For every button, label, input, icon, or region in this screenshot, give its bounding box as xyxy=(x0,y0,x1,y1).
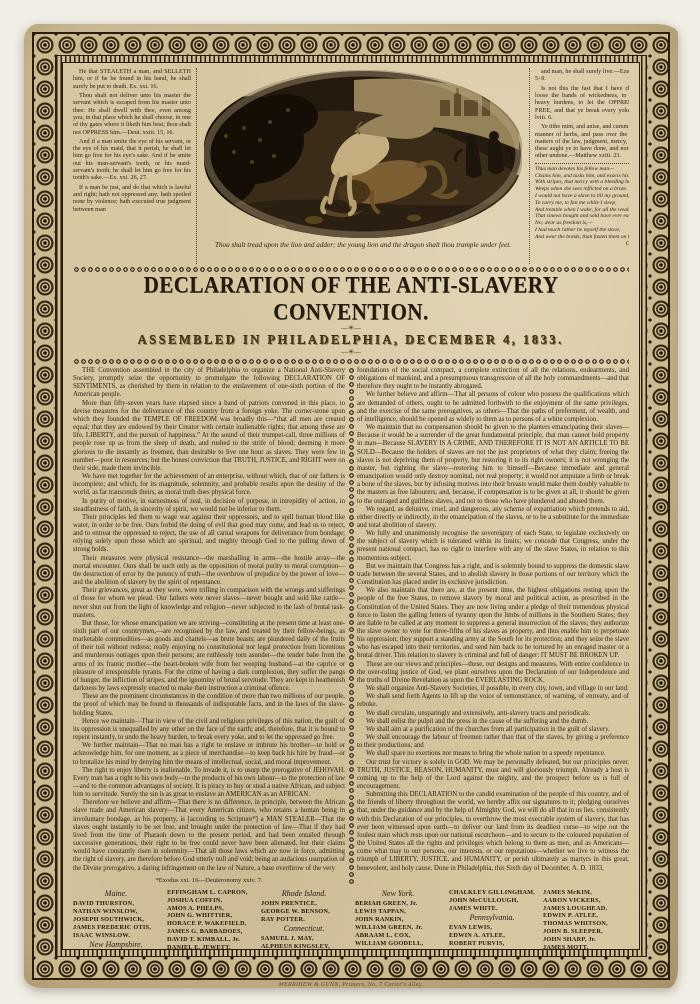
body-paragraph: We further believe and affirm—That all p… xyxy=(357,391,629,424)
signer-name: JAMES FREDERIC OTIS, xyxy=(73,924,159,932)
poem-line: I had much rather be myself the slave, xyxy=(535,227,629,234)
body-column-left: THE Convention assembled in the city of … xyxy=(73,367,345,884)
signer-name: EDWIN A. ATLEE, xyxy=(449,932,535,940)
state-heading: Pennsylvania. xyxy=(449,914,535,923)
body-paragraph: Our trust for victory is solely in GOD. … xyxy=(357,759,629,792)
scripture-column-left: He that STEALETH a man, and SELLETH him,… xyxy=(73,68,197,264)
signer-name: JOHN PRENTICE, xyxy=(261,900,347,908)
poem-line: And wear the bonds, than fasten them on … xyxy=(535,234,629,241)
body-paragraph: We regard, as delusive, cruel, and dange… xyxy=(357,506,629,530)
state-heading: Rhode Island. xyxy=(261,890,347,899)
state-heading: Maine. xyxy=(73,890,159,899)
signer-name: LEWIS TAPPAN, xyxy=(355,908,441,916)
signer-name: EVAN LEWIS, xyxy=(449,924,535,932)
scripture-column-right: and man, he shall surely live.—Ezekiel x… xyxy=(529,68,629,264)
state-heading: New York. xyxy=(355,890,441,899)
poem-attribution: Cowper. xyxy=(535,241,629,248)
signer-name: AMOS A. PHELPS, xyxy=(167,905,253,913)
body-paragraph: Their grievances, great as they were, we… xyxy=(73,587,345,620)
body-paragraph: We shall send forth Agents to lift up th… xyxy=(357,693,629,709)
signature-column: JAMES McKIM,AARON VICKERS,JAMES LOUGHEAD… xyxy=(543,889,629,950)
body-paragraph: The right to enjoy liberty is inalienabl… xyxy=(73,767,345,800)
signer-name: JOHN G. WHITTIER, xyxy=(167,912,253,920)
poem-line: No; dear as freedom is,— xyxy=(535,220,629,227)
page-subtitle: ASSEMBLED IN PHILADELPHIA, DECEMBER 4, 1… xyxy=(73,333,629,348)
poem-line: With stripes, that mercy with a bleeding… xyxy=(535,179,629,186)
body-paragraph: foundations of the social compact, a com… xyxy=(357,367,629,391)
signer-name: SAMUEL J. MAY, xyxy=(261,935,347,943)
rosette-border: He that STEALETH a man, and SELLETH him,… xyxy=(32,32,670,980)
broadside-paper: He that STEALETH a man, and SELLETH him,… xyxy=(24,24,678,988)
body-paragraph: We have met together for the achievement… xyxy=(73,473,345,497)
header-section: He that STEALETH a man, and SELLETH him,… xyxy=(73,68,629,264)
body-paragraph: THE Convention assembled in the city of … xyxy=(73,367,345,400)
body-paragraph: We further maintain—That no man has a ri… xyxy=(73,742,345,766)
engraving-caption: Thou shalt tread upon the lion and adder… xyxy=(204,241,522,249)
signer-name: JAMES WHITE. xyxy=(449,905,535,913)
body-paragraph: We shall organize Anti-Slavery Societies… xyxy=(357,685,629,693)
signer-name: DAVID T. KIMBALL, Jr. xyxy=(167,936,253,944)
signer-name: ALPHEUS KINGSLEY, xyxy=(261,943,347,950)
poem-line: Weeps when she sees inflicted on a brute… xyxy=(535,186,629,193)
signature-column: New York.BERIAH GREEN, Jr.LEWIS TAPPAN,J… xyxy=(355,889,441,950)
cowper-poem: Thus man devotes his fellow man—Chains h… xyxy=(535,163,629,241)
printer-imprint: MERRIHEW & GUNN, Printers, No. 7 Carter'… xyxy=(24,982,678,988)
body-paragraph: But we maintain that Congress has a righ… xyxy=(357,563,629,587)
chain-rule xyxy=(73,359,629,364)
man-subduing-lion-engraving xyxy=(204,70,522,238)
signer-name: NATHAN WINSLOW, xyxy=(73,908,159,916)
poem-line: And tremble when I wake, for all the wea… xyxy=(535,207,629,214)
signer-name: ELIZUR WRIGHT, Jr. xyxy=(355,948,441,950)
signer-name: JAMES G. BARBADOES, xyxy=(167,928,253,936)
page-title: DECLARATION OF THE ANTI-SLAVERY CONVENTI… xyxy=(73,272,629,326)
body-column-right: foundations of the social compact, a com… xyxy=(357,367,629,884)
scripture-verse: Ye tithe mint, and anise, and cummin, an… xyxy=(535,123,629,160)
signer-name: JOHN RANKIN, xyxy=(355,916,441,924)
signer-name: JOSEPH SOUTHWICK, xyxy=(73,916,159,924)
signer-name: GEORGE W. BENSON, xyxy=(261,908,347,916)
body-paragraph: We also maintain that there are, at the … xyxy=(357,587,629,660)
poem-line: To carry me, to fan me while I sleep, xyxy=(535,200,629,207)
signer-name: JAMES MOTT. xyxy=(543,944,629,950)
signer-name: JAMES McKIM, xyxy=(543,889,629,897)
engraving-art xyxy=(204,70,522,238)
body-paragraph: Therefore we believe and affirm—That the… xyxy=(73,799,345,872)
body-paragraph: We shall encourage the labour of freemen… xyxy=(357,734,629,750)
signer-name: DANIEL E. JEWETT, xyxy=(167,944,253,950)
signer-name: DAVID THURSTON, xyxy=(73,900,159,908)
signer-name: CHALKLEY GILLINGHAM, xyxy=(449,889,535,897)
body-paragraph: Hence we maintain—That in view of the ci… xyxy=(73,718,345,742)
signer-name: JOHN McCULLOUGH, xyxy=(449,897,535,905)
signer-name: JOHN SHARP, Jr. xyxy=(543,936,629,944)
ornament: —✳— xyxy=(73,349,629,356)
ornament: —✳— xyxy=(73,325,629,332)
body-paragraph: These are our views and principles—these… xyxy=(357,661,629,685)
signature-column: CHALKLEY GILLINGHAM,JOHN McCULLOUGH,JAME… xyxy=(449,889,535,950)
body-paragraph: Their measures were physical resistance—… xyxy=(73,555,345,588)
poem-line: I would not have a slave to till my grou… xyxy=(535,193,629,200)
signer-name: EDWIN P. ATLEE, xyxy=(543,912,629,920)
body-paragraph: We shall enlist the pulpit and the press… xyxy=(357,718,629,726)
broadside-scan: { "colors": { "paper": "#d8c8a2", "ink":… xyxy=(0,0,700,1004)
state-heading: Connecticut. xyxy=(261,925,347,934)
signature-column: Rhode Island.JOHN PRENTICE,GEORGE W. BEN… xyxy=(261,889,347,950)
signer-name: EFFINGHAM L. CAPRON, xyxy=(167,889,253,897)
poem-line: That sinews bought and sold have ever ea… xyxy=(535,213,629,220)
signer-name: ISAAC WINSLOW. xyxy=(73,932,159,940)
body-paragraph: But those, for whose emancipation we are… xyxy=(73,620,345,693)
scripture-footnote: *Exodus xxi. 16—Deuteronomy xxiv. 7. xyxy=(73,877,345,884)
scripture-verse: If a man be just, and do that which is l… xyxy=(73,184,191,213)
scripture-verse: He that STEALETH a man, and SELLETH him,… xyxy=(73,68,191,90)
body-paragraph: We shall aim at a purification of the ch… xyxy=(357,726,629,734)
engraving-column: Thou shalt tread upon the lion and adder… xyxy=(204,68,522,264)
scripture-verse: And if a man smite the eye of his servan… xyxy=(73,138,191,182)
body-paragraph: More than fifty-seven years have elapsed… xyxy=(73,400,345,473)
signer-name: RAY POTTER. xyxy=(261,916,347,924)
inner-ornament-border: He that STEALETH a man, and SELLETH him,… xyxy=(55,55,647,957)
scripture-verse: and man, he shall surely live.—Ezekiel x… xyxy=(535,68,629,83)
body-paragraph: In purity of motive, in earnestness of z… xyxy=(73,498,345,514)
scripture-verse: Is not this the fast that I have chosen?… xyxy=(535,85,629,122)
signature-column: Maine.DAVID THURSTON,NATHAN WINSLOW,JOSE… xyxy=(73,889,159,950)
signer-name: JOHN B. SLEEPER, xyxy=(543,928,629,936)
signature-column: EFFINGHAM L. CAPRON,JOSHUA COFFIN,AMOS A… xyxy=(167,889,253,950)
signer-name: HORACE P. WAKEFIELD, xyxy=(167,920,253,928)
content-area: He that STEALETH a man, and SELLETH him,… xyxy=(62,62,640,950)
signer-name: JOSHUA COFFIN, xyxy=(167,897,253,905)
body-paragraph: Submitting this DECLARATION to the candi… xyxy=(357,791,629,873)
poem-line: Chains him, and tasks him, and exacts hi… xyxy=(535,173,629,180)
signer-name: BERIAH GREEN, Jr. xyxy=(355,900,441,908)
signer-name: JAMES LOUGHEAD, xyxy=(543,905,629,913)
poem-line: Thus man devotes his fellow man— xyxy=(535,166,629,173)
declaration-body: THE Convention assembled in the city of … xyxy=(73,367,629,884)
body-paragraph: Their principles led them to wage war ag… xyxy=(73,514,345,555)
body-paragraph: We shall circulate, unsparingly and exte… xyxy=(357,710,629,718)
signer-name: AARON VICKERS, xyxy=(543,897,629,905)
body-paragraph: These are the prominent circumstances in… xyxy=(73,693,345,717)
signer-name: THOMAS WHITSON, xyxy=(543,920,629,928)
signature-block: Maine.DAVID THURSTON,NATHAN WINSLOW,JOSE… xyxy=(73,889,629,950)
signer-name: WILLIAM GREEN, Jr. xyxy=(355,924,441,932)
state-heading: New Hampshire. xyxy=(73,941,159,950)
scripture-verse: Thou shalt not deliver unto his master t… xyxy=(73,92,191,136)
signer-name: ROBERT PURVIS, xyxy=(449,940,535,948)
signer-name: JAS. McCRUMMILL, xyxy=(449,948,535,950)
signer-name: ABRAAM L. COX, xyxy=(355,932,441,940)
body-paragraph: We maintain that no compensation should … xyxy=(357,424,629,506)
body-paragraph: We shall spare no exertions nor means to… xyxy=(357,750,629,758)
body-paragraph: We fully and unanimously recognise the s… xyxy=(357,530,629,563)
signer-name: WILLIAM GOODELL, xyxy=(355,940,441,948)
